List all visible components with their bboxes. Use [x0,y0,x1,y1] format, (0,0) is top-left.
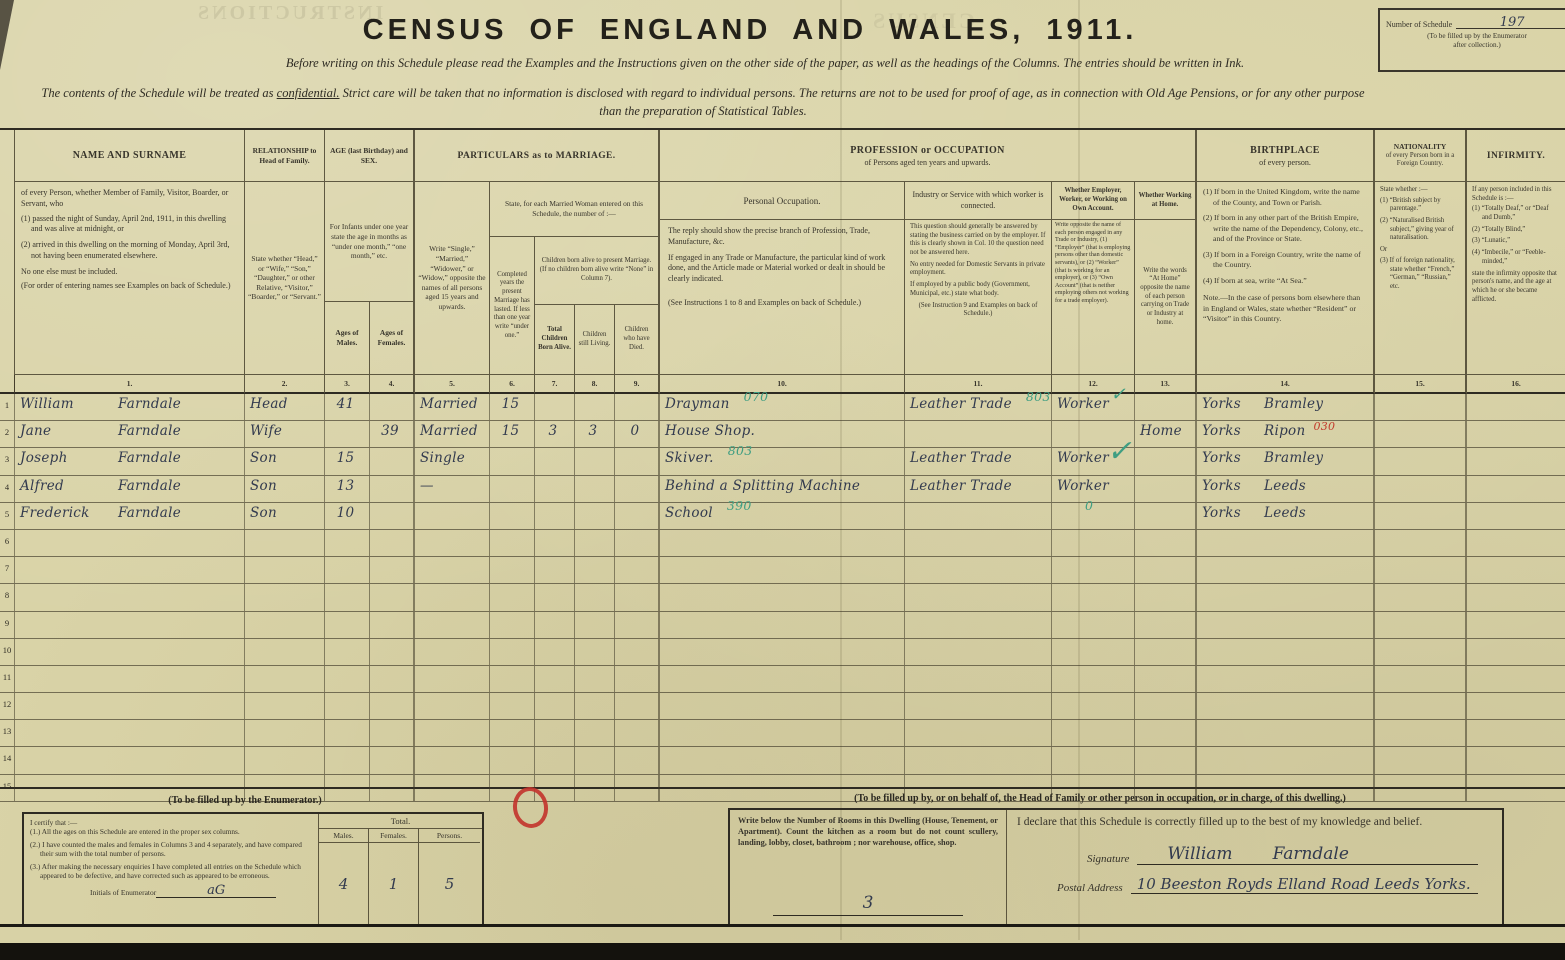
married-woman-description: State, for each Married Woman entered on… [490,182,660,237]
table-row: 13 [0,720,1565,747]
column-number: 15. [1375,375,1467,394]
cell-marr [415,612,490,638]
cell-name [15,693,245,719]
cell-born [535,747,575,773]
cell-age_f [370,584,415,610]
cell-living: 3 [575,421,615,447]
declaration-cell: I declare that this Schedule is correctl… [1007,810,1502,924]
cell-age_f [370,693,415,719]
cell-inf [1467,530,1565,556]
industry-head: Industry or Service with which worker is… [905,182,1052,220]
cell-living [575,720,615,746]
cell-born [535,584,575,610]
cell-worker: 0 [1052,503,1135,529]
cell-marr [415,666,490,692]
cell-nat [1375,693,1467,719]
cell-ind [905,557,1052,583]
working-at-home-head: Whether Working at Home. [1135,182,1197,220]
cell-num: 4 [0,476,15,502]
table-row: 7 [0,557,1565,584]
cell-ind [905,530,1052,556]
cell-ind [905,747,1052,773]
cell-num: 10 [0,639,15,665]
cell-num: 14 [0,747,15,773]
cell-years [490,747,535,773]
industry-description: This question should generally be answer… [905,220,1052,375]
cell-worker [1052,557,1135,583]
cell-name: AlfredFarndale [15,476,245,502]
cell-birth [1197,747,1375,773]
cell-years [490,720,535,746]
signature-value: WilliamFarndale [1137,844,1478,865]
cell-home [1135,584,1197,610]
cell-rel: Son [245,503,325,529]
cell-marr: Single [415,448,490,474]
cell-worker [1052,612,1135,638]
column-number: 8. [575,375,615,394]
enumerator-section-label: (To be filled up by the Enumerator.) [15,795,475,806]
cell-died [615,666,660,692]
cell-nat [1375,394,1467,420]
cell-age_f [370,394,415,420]
totals-table: Total. Males. Females. Persons. 4 1 5 [319,814,482,924]
cell-age_m [325,584,370,610]
page-title: CENSUS OF ENGLAND AND WALES, 1911. [0,14,1500,47]
cell-birth: YorksBramley [1197,448,1375,474]
cell-birth: YorksLeeds [1197,503,1375,529]
cell-name: FrederickFarndale [15,503,245,529]
cell-born [535,530,575,556]
cell-age_f [370,476,415,502]
cell-inf [1467,557,1565,583]
cell-nat [1375,612,1467,638]
cell-occ: Behind a Splitting Machine [660,476,905,502]
column-number: 9. [615,375,660,394]
cell-living [575,747,615,773]
col-head-nationality: NATIONALITY of every Person born in a Fo… [1375,130,1467,182]
cell-rel [245,530,325,556]
cell-rel [245,693,325,719]
table-row: 5FrederickFarndaleSon10School3900YorksLe… [0,503,1565,530]
cell-home [1135,666,1197,692]
cell-nat [1375,421,1467,447]
column-number: 7. [535,375,575,394]
cell-age_m [325,421,370,447]
cell-marr [415,503,490,529]
cell-living [575,775,615,801]
cell-worker [1052,584,1135,610]
cell-age_m [325,530,370,556]
cell-rel: Head [245,394,325,420]
cell-worker [1052,639,1135,665]
cell-age_f [370,666,415,692]
cell-home [1135,693,1197,719]
cell-inf [1467,503,1565,529]
cell-name: JaneFarndale [15,421,245,447]
enumerator-box: I certify that :— (1.) All the ages on t… [22,812,484,926]
cell-occ [660,612,905,638]
cell-died [615,639,660,665]
marriage-single-description: Write “Single,” “Married,” “Widower,” or… [415,182,490,375]
cell-age_m: 10 [325,503,370,529]
cell-age_m: 41 [325,394,370,420]
cell-living [575,448,615,474]
cell-marr: — [415,476,490,502]
cell-died [615,476,660,502]
cell-living [575,394,615,420]
cell-nat [1375,666,1467,692]
cell-nat [1375,503,1467,529]
cell-inf [1467,448,1565,474]
marriage-years-head: Completed years the present Marriage has… [490,237,535,375]
cell-ind: Leather Trade803 [905,394,1052,420]
cell-born [535,503,575,529]
col-head-name: NAME AND SURNAME [15,130,245,182]
cell-rel [245,747,325,773]
confidential-paragraph: The contents of the Schedule will be tre… [8,84,1398,120]
cell-name [15,639,245,665]
persons-column-label: Persons. [419,829,480,843]
cell-years [490,666,535,692]
cell-marr [415,530,490,556]
cell-num: 11 [0,666,15,692]
declaration-section-label: (To be filled up by, or on behalf of, th… [730,793,1470,804]
cell-num: 2 [0,421,15,447]
cell-ind [905,584,1052,610]
cell-marr [415,720,490,746]
rooms-cell: Write below the Number of Rooms in this … [730,810,1007,924]
cell-died [615,693,660,719]
cell-home [1135,503,1197,529]
col-head-infirmity: INFIRMITY. [1467,130,1565,182]
cell-years [490,693,535,719]
cell-ind: Leather Trade [905,448,1052,474]
cell-occ [660,747,905,773]
cell-ind [905,421,1052,447]
infirmity-description: If any person included in this Schedule … [1467,182,1565,375]
cell-home [1135,476,1197,502]
children-born-head: Total Children Born Alive. [535,305,575,375]
cell-died [615,720,660,746]
column-number [0,375,15,394]
cell-birth [1197,639,1375,665]
children-died-head: Children who have Died. [615,305,660,375]
cell-name [15,747,245,773]
column-number: 6. [490,375,535,394]
cell-age_m [325,612,370,638]
cell-birth: YorksBramley [1197,394,1375,420]
ages-of-females-head: Ages of Females. [370,302,415,375]
cell-living [575,530,615,556]
cell-marr: Married [415,394,490,420]
cell-rel [245,557,325,583]
cell-living [575,557,615,583]
cell-died [615,530,660,556]
postal-address-label: Postal Address [1057,882,1123,894]
header-instruction-line: Before writing on this Schedule please r… [120,56,1410,71]
employer-worker-head: Whether Employer, Worker, or Working on … [1052,182,1135,220]
cell-num: 12 [0,693,15,719]
col-head-marriage: PARTICULARS as to MARRIAGE. [415,130,660,182]
cell-age_f [370,612,415,638]
cell-occ [660,530,905,556]
cell-nat [1375,448,1467,474]
cell-ind [905,693,1052,719]
cell-worker: Worker✓ [1052,448,1135,474]
cell-years [490,530,535,556]
cell-rel [245,666,325,692]
cell-died [615,775,660,801]
cell-born [535,612,575,638]
cell-birth [1197,584,1375,610]
col-head-relationship: RELATIONSHIP to Head of Family. [245,130,325,182]
children-living-head: Children still Living. [575,305,615,375]
cell-died [615,448,660,474]
cell-home [1135,394,1197,420]
column-number: 1. [15,375,245,394]
cell-born [535,557,575,583]
cell-died: 0 [615,421,660,447]
cell-living [575,584,615,610]
cell-living [575,639,615,665]
cell-nat [1375,476,1467,502]
table-body: 1WilliamFarndaleHead41Married15Drayman07… [0,394,1565,802]
cell-name [15,584,245,610]
cell-died [615,503,660,529]
cell-living [575,693,615,719]
table-row: 8 [0,584,1565,611]
cell-home [1135,612,1197,638]
cell-ind [905,612,1052,638]
cell-birth [1197,693,1375,719]
declaration-box: Write below the Number of Rooms in this … [728,808,1504,926]
cell-nat [1375,639,1467,665]
cell-rel [245,584,325,610]
personal-occupation-description: The reply should show the precise branch… [660,220,905,375]
personal-occupation-head: Personal Occupation. [660,182,905,220]
nationality-description: State whether :— (1) “British subject by… [1375,182,1467,375]
table-row: 9 [0,612,1565,639]
cell-ind [905,666,1052,692]
enumerator-initials-value: aG [156,885,276,898]
cell-age_f [370,530,415,556]
cell-worker [1052,530,1135,556]
cell-occ [660,584,905,610]
cell-rel: Son [245,476,325,502]
cell-nat [1375,530,1467,556]
column-number: 10. [660,375,905,394]
name-column-description: of every Person, whether Member of Famil… [15,182,245,375]
cell-age_m: 15 [325,448,370,474]
census-table: NAME AND SURNAME RELATIONSHIP to Head of… [0,128,1565,789]
cell-occ [660,639,905,665]
table-row: 10 [0,639,1565,666]
cell-inf [1467,720,1565,746]
cell-birth: YorksLeeds [1197,476,1375,502]
cell-born [535,448,575,474]
table-row: 11 [0,666,1565,693]
ages-of-males-head: Ages of Males. [325,302,370,375]
cell-born [535,476,575,502]
cell-name [15,720,245,746]
cell-marr [415,693,490,719]
cell-age_m [325,557,370,583]
column-number: 3. [325,375,370,394]
col-head-birthplace: BIRTHPLACE of every person. [1197,130,1375,182]
relationship-description: State whether “Head,” or “Wife,” “Son,” … [245,182,325,375]
row-number-column-head [0,130,15,394]
cell-living [575,476,615,502]
cell-marr [415,584,490,610]
declaration-text: I declare that this Schedule is correctl… [1017,816,1492,828]
cell-occ: House Shop. [660,421,905,447]
cell-nat [1375,584,1467,610]
cell-died [615,747,660,773]
cell-age_m [325,720,370,746]
cell-age_m [325,666,370,692]
cell-age_f [370,448,415,474]
cell-num: 8 [0,584,15,610]
cell-marr [415,747,490,773]
cell-marr [415,557,490,583]
females-total-value: 1 [369,843,419,924]
cell-worker: Worker✓ [1052,394,1135,420]
cell-num: 13 [0,720,15,746]
cell-inf [1467,693,1565,719]
cell-name [15,557,245,583]
table-row: 2JaneFarndaleWife39Married15330House Sho… [0,421,1565,448]
cell-age_f [370,720,415,746]
column-number: 4. [370,375,415,394]
cell-name [15,530,245,556]
cell-num: 6 [0,530,15,556]
cell-age_f [370,639,415,665]
cell-inf [1467,394,1565,420]
totals-title: Total. [319,814,482,829]
children-born-description: Children born alive to present Marriage.… [535,237,660,305]
cell-birth [1197,666,1375,692]
cell-name: WilliamFarndale [15,394,245,420]
cell-occ [660,693,905,719]
employer-worker-description: Write opposite the name of each person e… [1052,220,1135,375]
scan-bottom-strip [0,943,1565,960]
cell-occ: School390 [660,503,905,529]
cell-worker [1052,747,1135,773]
rooms-value: 3 [773,892,963,916]
cell-ind [905,720,1052,746]
cell-age_f [370,557,415,583]
cell-years [490,612,535,638]
cell-rel [245,612,325,638]
males-total-value: 4 [319,843,369,924]
cell-num: 1 [0,394,15,420]
cell-birth [1197,720,1375,746]
cell-age_m [325,747,370,773]
cell-years [490,557,535,583]
cell-occ: Skiver.803 [660,448,905,474]
cell-num: 9 [0,612,15,638]
cell-ind [905,503,1052,529]
cell-age_m [325,639,370,665]
cell-living [575,666,615,692]
column-number: 5. [415,375,490,394]
cell-age_f: 39 [370,421,415,447]
confidential-underlined: confidential. [277,86,340,100]
cell-born [535,666,575,692]
cell-age_m: 13 [325,476,370,502]
cell-home [1135,530,1197,556]
cell-rel: Son [245,448,325,474]
cell-ind [905,639,1052,665]
cell-num: 15 [0,775,15,801]
cell-years [490,639,535,665]
cell-name [15,612,245,638]
working-at-home-description: Write the words “At Home” opposite the n… [1135,220,1197,375]
cell-born [535,639,575,665]
cell-inf [1467,666,1565,692]
cell-living [575,612,615,638]
cell-died [615,394,660,420]
cell-marr [415,639,490,665]
cell-home [1135,720,1197,746]
cell-years [490,448,535,474]
column-number: 14. [1197,375,1375,394]
cell-age_f [370,503,415,529]
cell-occ [660,720,905,746]
initials-label: Initials of Enumerator [90,888,156,898]
table-row: 12 [0,693,1565,720]
cell-num: 3 [0,448,15,474]
enumerator-certification: I certify that :— (1.) All the ages on t… [24,814,319,924]
bottom-rule [0,924,1565,927]
cell-birth: YorksRipon030 [1197,421,1375,447]
cell-years [490,476,535,502]
cell-inf [1467,747,1565,773]
males-column-label: Males. [319,829,369,843]
cell-years: 15 [490,421,535,447]
cell-born [535,394,575,420]
cell-birth [1197,530,1375,556]
cell-name: JosephFarndale [15,448,245,474]
cell-age_m [325,693,370,719]
birthplace-description: (1) If born in the United Kingdom, write… [1197,182,1375,375]
cell-num: 7 [0,557,15,583]
cell-worker [1052,720,1135,746]
cell-born: 3 [535,421,575,447]
cell-born [535,720,575,746]
table-row: 6 [0,530,1565,557]
table-row: 1WilliamFarndaleHead41Married15Drayman07… [0,394,1565,421]
cell-nat [1375,720,1467,746]
col-head-profession: PROFESSION or OCCUPATION of Persons aged… [660,130,1197,182]
cell-inf [1467,584,1565,610]
cell-living [575,503,615,529]
cell-died [615,612,660,638]
cell-occ [660,557,905,583]
cell-birth [1197,557,1375,583]
age-infants-description: For Infants under one year state the age… [325,182,415,302]
cell-ind: Leather Trade [905,476,1052,502]
cell-rel: Wife [245,421,325,447]
cell-inf [1467,639,1565,665]
cell-years: 15 [490,394,535,420]
cell-worker: Worker [1052,476,1135,502]
persons-total-value: 5 [419,843,480,924]
cell-years [490,503,535,529]
cell-name [15,666,245,692]
col-head-age: AGE (last Birthday) and SEX. [325,130,415,182]
cell-home: Home [1135,421,1197,447]
